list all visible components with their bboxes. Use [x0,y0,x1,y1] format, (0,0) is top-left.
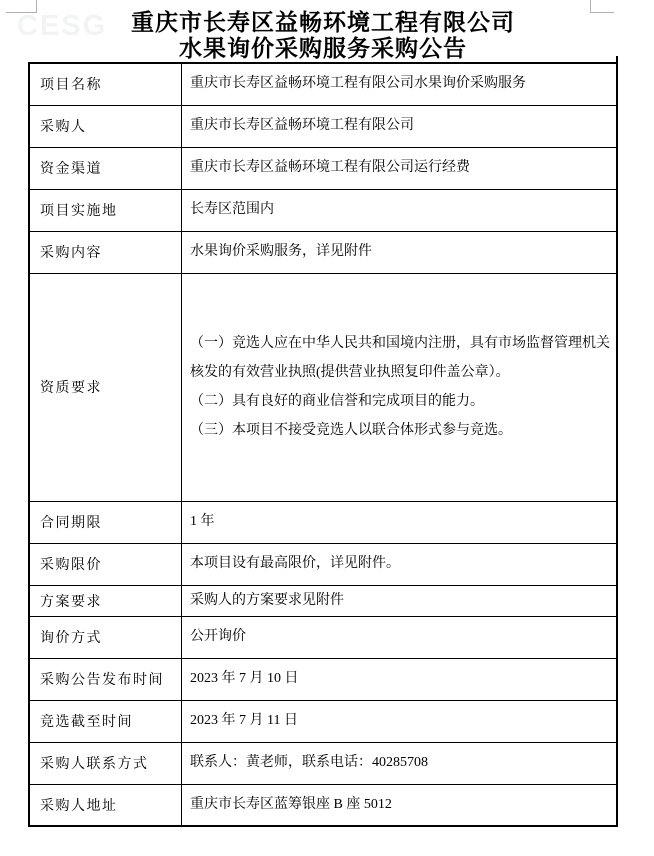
row-value: 2023 年 7 月 11 日 [182,700,618,742]
row-value: 水果询价采购服务，详见附件 [182,231,618,273]
row-value: 1 年 [182,501,618,543]
row-value: 重庆市长寿区益畅环境工程有限公司水果询价采购服务 [182,63,618,105]
table-row: 采购人联系方式联系人：黄老师，联系电话：40285708 [29,742,617,784]
table-row: 方案要求采购人的方案要求见附件 [29,585,617,616]
row-label: 合同期限 [29,501,182,543]
row-label: 项目名称 [29,63,182,105]
row-label: 采购限价 [29,543,182,585]
table-row: 合同期限1 年 [29,501,617,543]
row-value: 联系人：黄老师，联系电话：40285708 [182,742,618,784]
row-value: 长寿区范围内 [182,189,618,231]
table-body: 项目名称重庆市长寿区益畅环境工程有限公司水果询价采购服务采购人重庆市长寿区益畅环… [29,63,617,826]
table-row: 采购公告发布时间2023 年 7 月 10 日 [29,658,617,700]
row-label: 方案要求 [29,585,182,616]
page-title-line1: 重庆市长寿区益畅环境工程有限公司 [28,9,618,35]
page-title: 重庆市长寿区益畅环境工程有限公司 水果询价采购服务采购公告 [28,9,618,61]
table-row: 采购内容水果询价采购服务，详见附件 [29,231,617,273]
row-value: 公开询价 [182,616,618,658]
row-label: 询价方式 [29,616,182,658]
document-page: CESG 重庆市长寿区益畅环境工程有限公司 水果询价采购服务采购公告 项目名称重… [0,0,654,856]
row-label: 资金渠道 [29,147,182,189]
row-label: 采购人地址 [29,784,182,826]
row-label: 采购公告发布时间 [29,658,182,700]
row-label: 采购人 [29,105,182,147]
table-row: 采购人重庆市长寿区益畅环境工程有限公司 [29,105,617,147]
qualification-paragraph: （一）竞选人应在中华人民共和国境内注册，具有市场监督管理机关核发的有效营业执照(… [190,329,611,387]
table-row: 采购限价本项目设有最高限价，详见附件。 [29,543,617,585]
row-label: 采购人联系方式 [29,742,182,784]
row-value: 重庆市长寿区蓝筹银座 B 座 5012 [182,784,618,826]
row-label: 项目实施地 [29,189,182,231]
row-label: 竞选截至时间 [29,700,182,742]
table-row: 询价方式公开询价 [29,616,617,658]
table-row: 资金渠道重庆市长寿区益畅环境工程有限公司运行经费 [29,147,617,189]
row-value: 重庆市长寿区益畅环境工程有限公司 [182,105,618,147]
table-border-overshoot [616,56,618,63]
table-row: 采购人地址重庆市长寿区蓝筹银座 B 座 5012 [29,784,617,826]
table-row: 项目名称重庆市长寿区益畅环境工程有限公司水果询价采购服务 [29,63,617,105]
row-value: 本项目设有最高限价，详见附件。 [182,543,618,585]
row-value: 重庆市长寿区益畅环境工程有限公司运行经费 [182,147,618,189]
row-value: （一）竞选人应在中华人民共和国境内注册，具有市场监督管理机关核发的有效营业执照(… [182,273,618,501]
announcement-table: 项目名称重庆市长寿区益畅环境工程有限公司水果询价采购服务采购人重庆市长寿区益畅环… [28,62,618,827]
row-value: 采购人的方案要求见附件 [182,585,618,616]
row-value: 2023 年 7 月 10 日 [182,658,618,700]
page-title-line2: 水果询价采购服务采购公告 [28,35,618,61]
row-label: 资质要求 [29,273,182,501]
row-label: 采购内容 [29,231,182,273]
qualification-paragraph: （二）具有良好的商业信誉和完成项目的能力。 [190,387,611,416]
table-row: 资质要求（一）竞选人应在中华人民共和国境内注册，具有市场监督管理机关核发的有效营… [29,273,617,501]
table-row: 竞选截至时间2023 年 7 月 11 日 [29,700,617,742]
table-row: 项目实施地长寿区范围内 [29,189,617,231]
qualification-paragraph: （三）本项目不接受竞选人以联合体形式参与竞选。 [190,416,611,445]
